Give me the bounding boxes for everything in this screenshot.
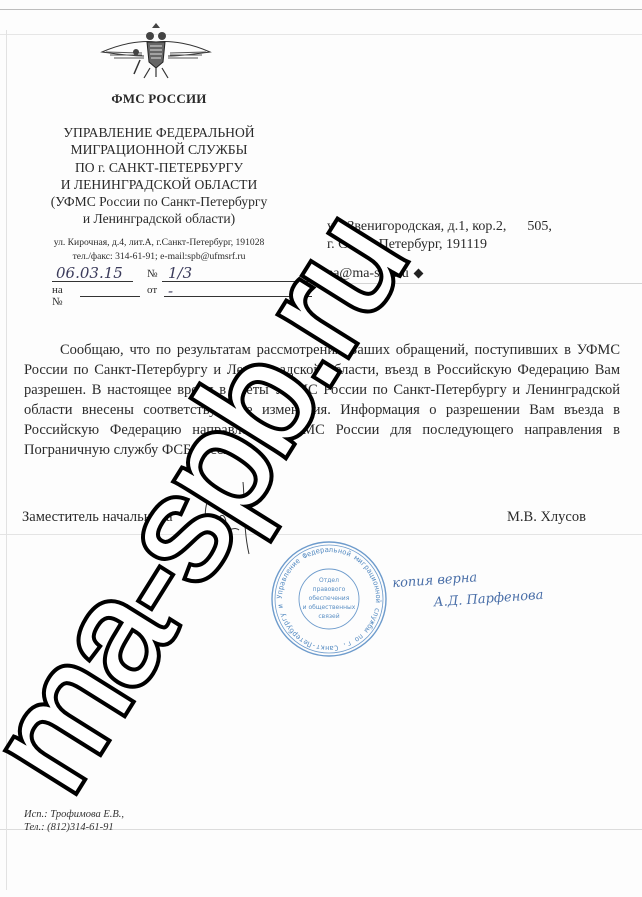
from-label: от bbox=[147, 284, 157, 296]
recipient-email: aa@ma-spb.ru bbox=[327, 266, 409, 281]
scan-line bbox=[0, 534, 642, 535]
signer-name: М.В. Хлусов bbox=[507, 509, 586, 526]
scan-edge-line bbox=[0, 9, 642, 10]
org-full-name: УПРАВЛЕНИЕ ФЕДЕРАЛЬНОЙ МИГРАЦИОННОЙ СЛУЖ… bbox=[0, 124, 318, 228]
org-full-line: ПО г. САНКТ-ПЕТЕРБУРГУ bbox=[0, 159, 318, 176]
number-label: № bbox=[147, 268, 158, 280]
org-full-line: (УФМС России по Санкт-Петербургу bbox=[0, 193, 318, 210]
in-reply-line bbox=[80, 283, 140, 297]
date-handwritten: 06.03.15 bbox=[56, 264, 123, 282]
recipient-address-line: г. Санкт-Петербург, 191119 bbox=[327, 236, 552, 254]
svg-text:и общественных: и общественных bbox=[303, 604, 356, 611]
org-full-line: УПРАВЛЕНИЕ ФЕДЕРАЛЬНОЙ bbox=[0, 124, 318, 141]
handwritten-signature-icon bbox=[195, 478, 275, 558]
document-page: ФМС РОССИИ УПРАВЛЕНИЕ ФЕДЕРАЛЬНОЙ МИГРАЦ… bbox=[0, 0, 642, 897]
org-address: ул. Кирочная, д.4, лит.А, г.Санкт-Петерб… bbox=[0, 236, 318, 250]
scan-line bbox=[300, 283, 642, 284]
org-address-block: ул. Кирочная, д.4, лит.А, г.Санкт-Петерб… bbox=[0, 236, 318, 263]
scan-line bbox=[0, 34, 642, 35]
official-round-stamp-icon: Управление Федеральной миграционной служ… bbox=[270, 540, 388, 658]
org-contacts: тел./факс: 314-61-91; e-mail:spb@ufmsrf.… bbox=[0, 250, 318, 264]
org-full-line: МИГРАЦИОННОЙ СЛУЖБЫ bbox=[0, 141, 318, 158]
recipient-email-row: aa@ma-spb.ru bbox=[327, 266, 422, 282]
from-line bbox=[164, 283, 312, 297]
org-short-name: ФМС РОССИИ bbox=[0, 91, 318, 107]
svg-text:правового: правового bbox=[313, 586, 346, 593]
copy-certification: копия верна А.Д. Парфенова bbox=[392, 563, 545, 617]
recipient-address-line: ул. Звенигородская, д.1, кор.2, 505, bbox=[327, 218, 552, 236]
org-full-line: И ЛЕНИНГРАДСКОЙ ОБЛАСТИ bbox=[0, 176, 318, 193]
signer-title: Заместитель начальника bbox=[22, 509, 173, 526]
svg-text:Отдел: Отдел bbox=[319, 577, 339, 584]
double-headed-eagle-emblem-icon bbox=[100, 22, 212, 80]
diamond-bullet-icon bbox=[413, 269, 423, 279]
in-reply-label: на № bbox=[52, 284, 63, 308]
svg-text:обеспечения: обеспечения bbox=[309, 595, 350, 602]
executor-name: Исп.: Трофимова Е.В., bbox=[24, 808, 124, 821]
org-full-line: и Ленинградской области) bbox=[0, 210, 318, 227]
svg-text:связей: связей bbox=[318, 613, 339, 620]
recipient-address: ул. Звенигородская, д.1, кор.2, 505, г. … bbox=[327, 218, 552, 253]
letter-body: Сообщаю, что по результатам рассмотрения… bbox=[24, 340, 620, 460]
executor-block: Исп.: Трофимова Е.В., Тел.: (812)314-61-… bbox=[24, 808, 124, 834]
executor-phone: Тел.: (812)314-61-91 bbox=[24, 821, 124, 834]
